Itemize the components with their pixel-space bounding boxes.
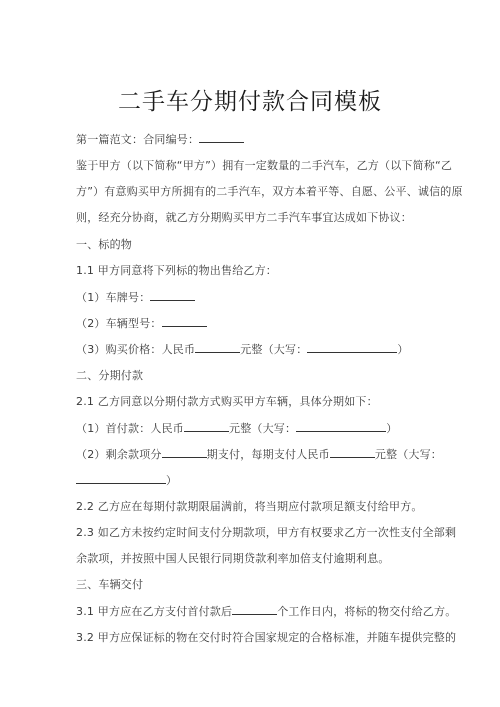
document-title: 二手车分期付款合同模板 xyxy=(0,83,500,116)
text: 元整（大写： xyxy=(375,448,442,461)
clause-1-1: 1.1 甲方同意将下列标的物出售给乙方： xyxy=(76,262,277,278)
text: （2）剩余款项分 xyxy=(76,448,162,461)
delivery-days-blank xyxy=(232,604,277,615)
text: ） xyxy=(397,343,408,356)
contract-number-blank xyxy=(199,132,244,143)
vehicle-model-line: （2）车辆型号： xyxy=(76,315,207,331)
text: （1）车牌号： xyxy=(76,291,150,304)
down-payment-blank xyxy=(184,421,229,432)
remaining-payment-line: （2）剩余款项分期支付，每期支付人民币元整（大写： xyxy=(76,446,442,462)
clause-2-2: 2.2 乙方应在每期付款期限届满前，将当期应付款项足额支付给甲方。 xyxy=(76,498,423,514)
text: 第一篇范文：合同编号： xyxy=(76,133,199,146)
text: 期支付，每期支付人民币 xyxy=(207,448,330,461)
text: 元整（大写： xyxy=(229,422,296,435)
down-payment-line: （1）首付款：人民币元整（大写：） xyxy=(76,420,397,436)
installment-amount-blank xyxy=(330,447,375,458)
text: 元整（大写： xyxy=(240,343,307,356)
clause-3-2: 3.2 甲方应保证标的物在交付时符合国家规定的合格标准，并随车提供完整的 xyxy=(76,629,456,645)
preamble-line-3: 则，经充分协商，就乙方分期购买甲方二手汽车事宜达成如下协议： xyxy=(76,209,412,225)
price-uppercase-blank xyxy=(307,342,397,353)
remaining-payment-line-2: ） xyxy=(76,472,177,488)
contract-number-line: 第一篇范文：合同编号： xyxy=(76,131,244,147)
plate-number-blank xyxy=(150,290,195,301)
section-heading-1: 一、标的物 xyxy=(76,236,132,252)
section-heading-3: 三、车辆交付 xyxy=(76,576,143,592)
text: （2）车辆型号： xyxy=(76,317,162,330)
clause-2-3-line-1: 2.3 如乙方未按约定时间支付分期款项，甲方有权要求乙方一次性支付全部剩 xyxy=(76,524,456,540)
text: （3）购买价格：人民币 xyxy=(76,343,195,356)
text: 3.1 甲方应在乙方支付首付款后 xyxy=(76,605,232,618)
down-payment-uppercase-blank xyxy=(296,421,386,432)
text: ） xyxy=(166,474,177,487)
installment-count-blank xyxy=(162,447,207,458)
text: 个工作日内，将标的物交付给乙方。 xyxy=(277,605,456,618)
clause-2-1: 2.1 乙方同意以分期付款方式购买甲方车辆，具体分期如下： xyxy=(76,393,378,409)
section-heading-2: 二、分期付款 xyxy=(76,367,143,383)
plate-number-line: （1）车牌号： xyxy=(76,289,195,305)
price-blank xyxy=(195,342,240,353)
installment-uppercase-blank xyxy=(76,473,166,484)
price-line: （3）购买价格：人民币元整（大写：） xyxy=(76,341,409,357)
text: （1）首付款：人民币 xyxy=(76,422,184,435)
text: ） xyxy=(386,422,397,435)
preamble-line-2: 方”）有意购买甲方所拥有的二手汽车，双方本着平等、自愿、公平、诚信的原 xyxy=(76,183,463,199)
clause-2-3-line-2: 余款项，并按照中国人民银行同期贷款利率加倍支付逾期利息。 xyxy=(76,550,390,566)
preamble-line-1: 鉴于甲方（以下简称“甲方”）拥有一定数量的二手汽车，乙方（以下简称“乙 xyxy=(76,157,452,173)
vehicle-model-blank xyxy=(162,316,207,327)
clause-3-1: 3.1 甲方应在乙方支付首付款后个工作日内，将标的物交付给乙方。 xyxy=(76,603,456,619)
